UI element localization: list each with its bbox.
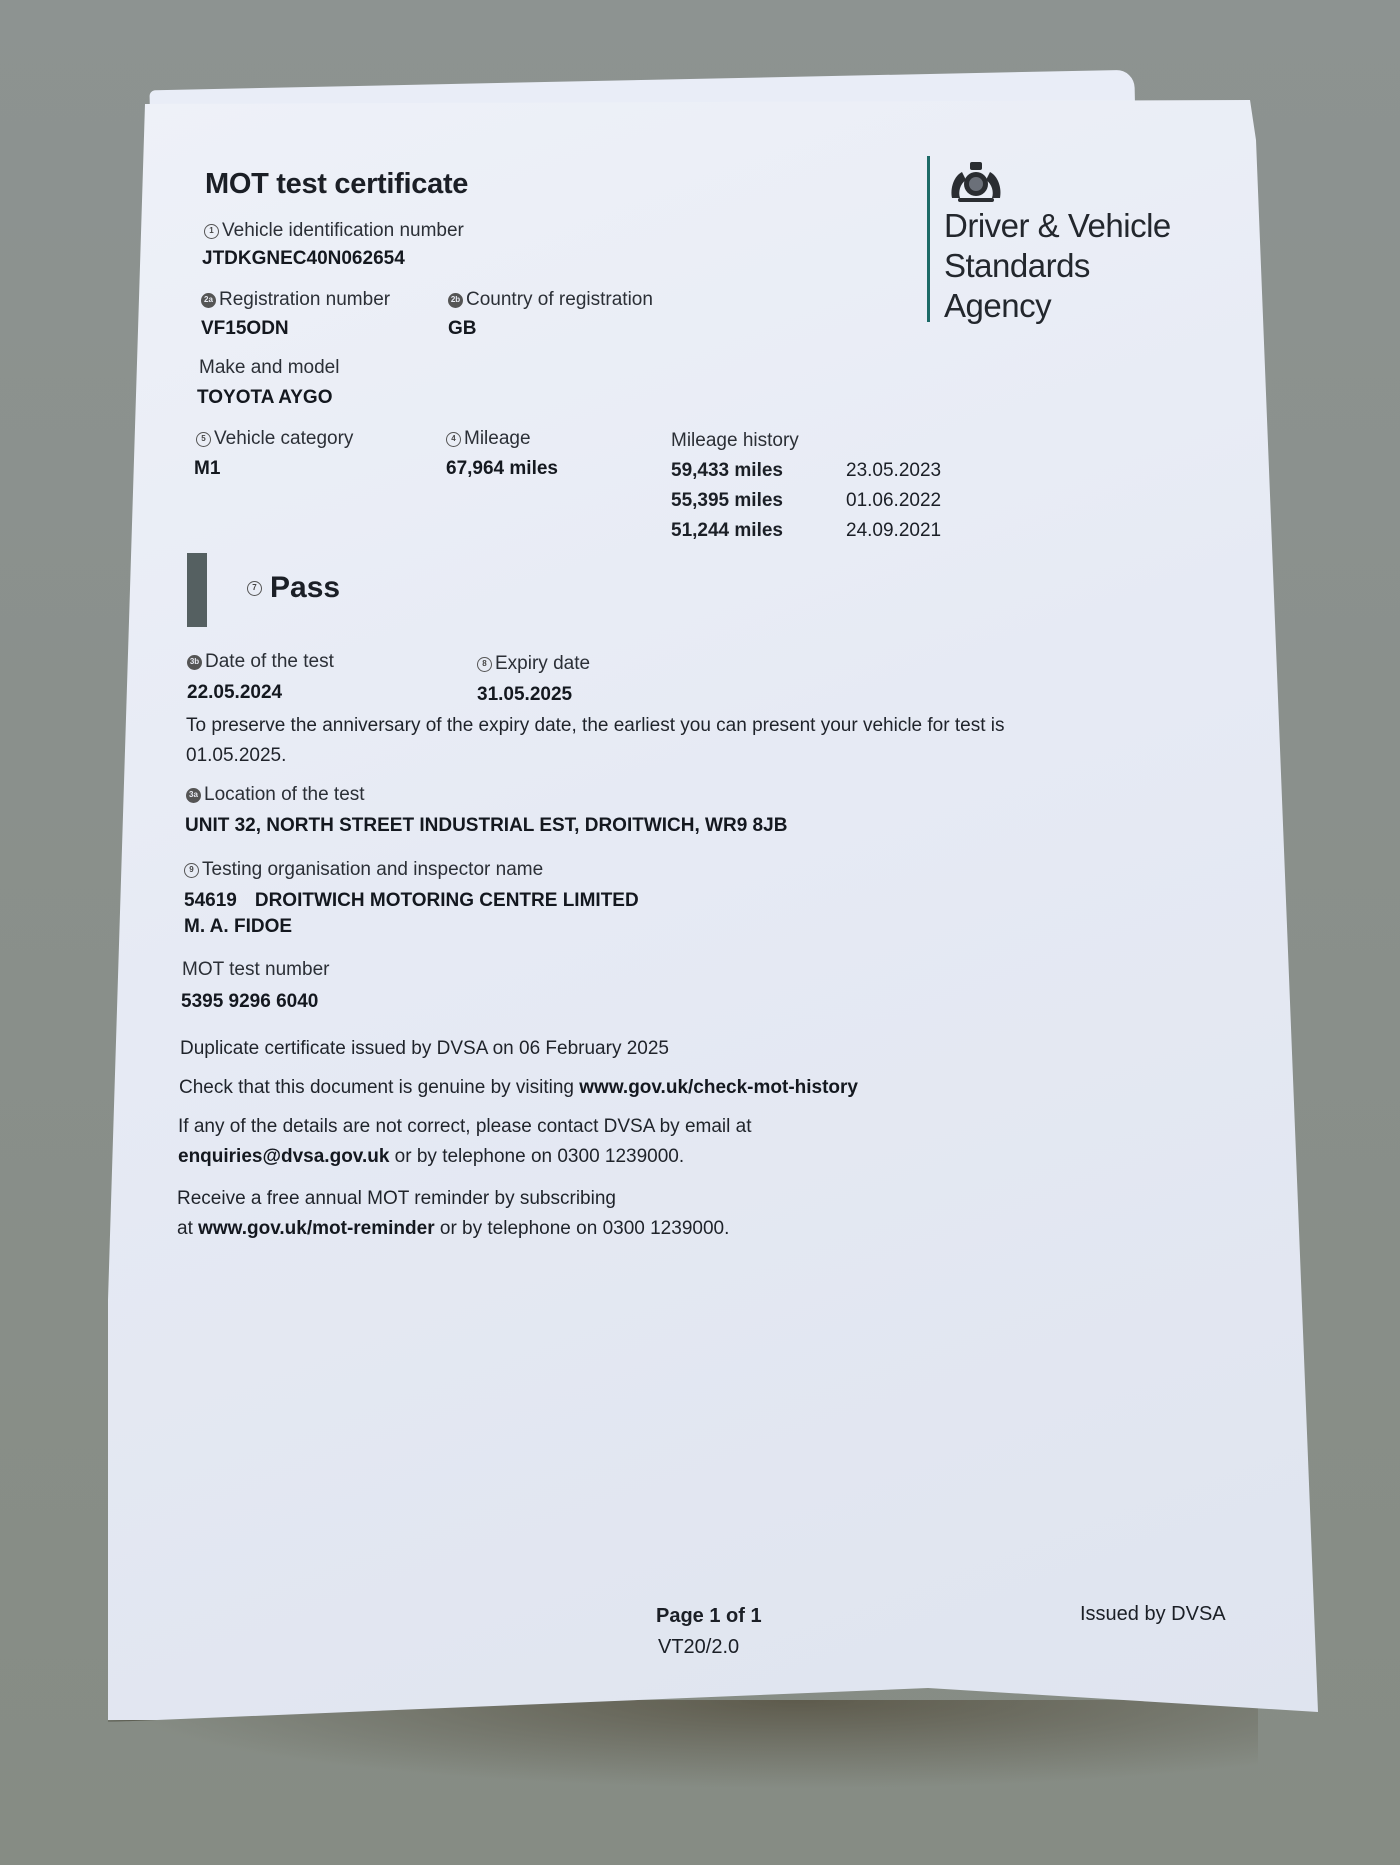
history-date: 01.06.2022 (846, 490, 941, 512)
royal-coat-of-arms-icon (944, 158, 1008, 204)
note-line: If any of the details are not correct, p… (178, 1112, 751, 1142)
page-number: Page 1 of 1 (656, 1605, 762, 1628)
make-model-label: Make and model (199, 357, 339, 379)
country-value: GB (448, 318, 477, 340)
note-line: Receive a free annual MOT reminder by su… (177, 1184, 729, 1214)
field-marker-icon: 3b (187, 655, 202, 670)
page-title: MOT test certificate (205, 168, 468, 201)
vin-label: 1 Vehicle identification number (204, 220, 464, 242)
note-text: at (177, 1218, 198, 1239)
country-label: 2b Country of registration (448, 289, 653, 311)
mileage-history-row: 55,395 miles 01.06.2022 (671, 486, 941, 516)
history-date: 23.05.2023 (846, 460, 941, 482)
label-text: Country of registration (466, 289, 653, 311)
check-note: Check that this document is genuine by v… (179, 1073, 858, 1103)
form-code: VT20/2.0 (658, 1636, 739, 1659)
expiry-date-value: 31.05.2025 (477, 684, 572, 706)
history-date: 24.09.2021 (846, 520, 941, 542)
label-text: Location of the test (204, 784, 365, 806)
label-text: Date of the test (205, 651, 334, 673)
note-text: Check that this document is genuine by v… (179, 1077, 579, 1098)
history-miles: 59,433 miles (671, 460, 846, 482)
label-text: Testing organisation and inspector name (202, 859, 543, 881)
field-marker-icon: 5 (196, 432, 211, 447)
label-text: Vehicle category (214, 428, 353, 450)
note-line: 01.05.2025. (186, 741, 1004, 771)
agency-line: Agency (944, 286, 1171, 326)
label-text: Mileage (464, 428, 531, 450)
category-label: 5 Vehicle category (196, 428, 353, 450)
history-miles: 55,395 miles (671, 490, 846, 512)
field-marker-icon: 2a (201, 293, 216, 308)
test-date-label: 3b Date of the test (187, 651, 334, 673)
make-model-value: TOYOTA AYGO (197, 387, 333, 409)
field-marker-icon: 3a (186, 788, 201, 803)
field-marker-icon: 7 (247, 581, 262, 596)
result-status-bar (187, 553, 207, 627)
mileage-history-row: 51,244 miles 24.09.2021 (671, 516, 941, 546)
testing-org-label: 9 Testing organisation and inspector nam… (184, 859, 543, 881)
field-marker-icon: 8 (477, 657, 492, 672)
reminder-note: Receive a free annual MOT reminder by su… (177, 1184, 729, 1244)
test-date-value: 22.05.2024 (187, 682, 282, 704)
inspector-name: M. A. FIDOE (184, 916, 292, 938)
org-number: 54619 (184, 890, 237, 912)
field-marker-icon: 2b (448, 293, 463, 308)
history-miles: 51,244 miles (671, 520, 846, 542)
test-number-label: MOT test number (182, 959, 329, 981)
note-line: at www.gov.uk/mot-reminder or by telepho… (177, 1214, 729, 1244)
org-name: DROITWICH MOTORING CENTRE LIMITED (255, 890, 639, 912)
agency-line: Standards (944, 246, 1171, 286)
registration-label: 2a Registration number (201, 289, 390, 311)
issued-by: Issued by DVSA (1080, 1603, 1226, 1626)
mileage-history-label: Mileage history (671, 430, 799, 452)
mileage-label: 4 Mileage (446, 428, 531, 450)
agency-logo-rule (927, 156, 930, 322)
testing-org-value: 54619 DROITWICH MOTORING CENTRE LIMITED (184, 890, 639, 912)
vin-value: JTDKGNEC40N062654 (202, 248, 405, 270)
mileage-history-row: 59,433 miles 23.05.2023 (671, 456, 941, 486)
expiry-date-label: 8 Expiry date (477, 653, 590, 675)
field-marker-icon: 9 (184, 863, 199, 878)
contact-note: If any of the details are not correct, p… (178, 1112, 751, 1172)
agency-line: Driver & Vehicle (944, 206, 1171, 246)
mileage-history-list: 59,433 miles 23.05.2023 55,395 miles 01.… (671, 456, 941, 546)
result-status: 7 Pass (247, 571, 340, 605)
category-value: M1 (194, 458, 220, 480)
label-text: Vehicle identification number (222, 220, 464, 242)
mileage-value: 67,964 miles (446, 458, 558, 480)
agency-name: Driver & Vehicle Standards Agency (944, 206, 1171, 326)
field-marker-icon: 1 (204, 224, 219, 239)
note-text: or by telephone on 0300 1239000. (389, 1146, 684, 1167)
result-value: Pass (270, 571, 340, 605)
registration-value: VF15ODN (201, 318, 289, 340)
label-text: Registration number (219, 289, 390, 311)
test-number-value: 5395 9296 6040 (181, 991, 318, 1013)
dvsa-email-link[interactable]: enquiries@dvsa.gov.uk (178, 1146, 389, 1167)
label-text: Expiry date (495, 653, 590, 675)
anniversary-note: To preserve the anniversary of the expir… (186, 711, 1004, 771)
note-text: or by telephone on 0300 1239000. (435, 1218, 730, 1239)
field-marker-icon: 4 (446, 432, 461, 447)
location-label: 3a Location of the test (186, 784, 365, 806)
check-mot-history-link[interactable]: www.gov.uk/check-mot-history (579, 1077, 858, 1098)
note-line: To preserve the anniversary of the expir… (186, 711, 1004, 741)
note-line: enquiries@dvsa.gov.uk or by telephone on… (178, 1142, 751, 1172)
location-value: UNIT 32, NORTH STREET INDUSTRIAL EST, DR… (185, 815, 787, 837)
duplicate-note: Duplicate certificate issued by DVSA on … (180, 1034, 669, 1064)
mot-reminder-link[interactable]: www.gov.uk/mot-reminder (198, 1218, 434, 1239)
